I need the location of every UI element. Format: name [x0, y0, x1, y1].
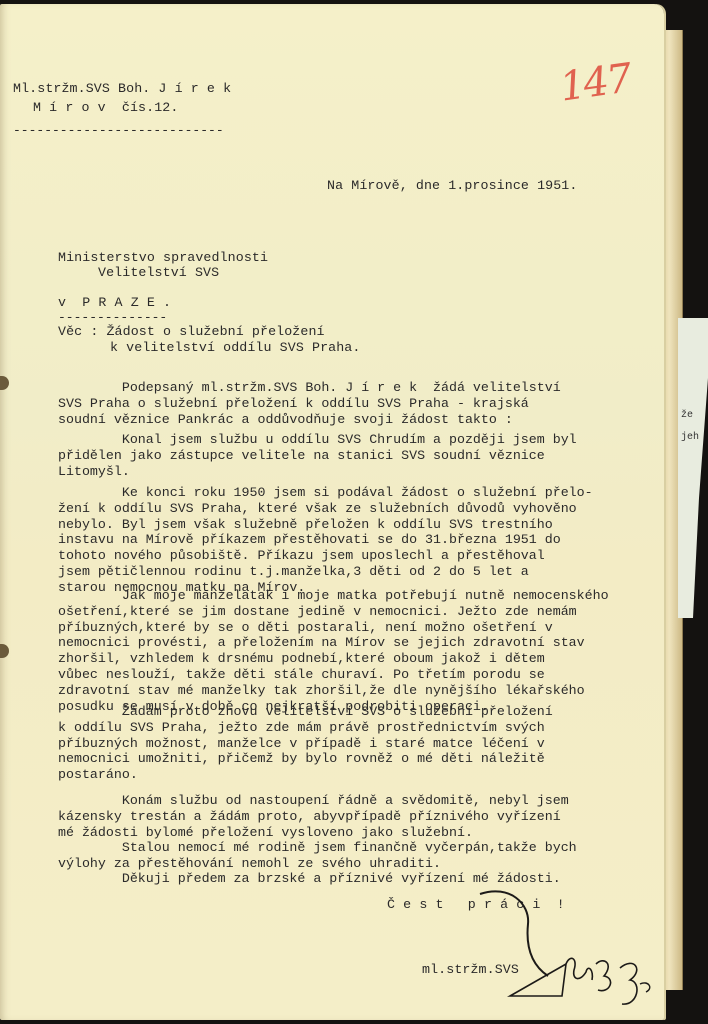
paragraph-request: Žádám proto znovu velitelství SVS o služ…: [58, 704, 658, 783]
letter-page: 147 Ml.stržm.SVS Boh. J í r e k M í r o …: [0, 4, 664, 1020]
punch-hole: [0, 644, 9, 658]
subject-line-1: Věc : Žádost o služební přeložení: [58, 324, 325, 340]
paragraph-conduct: Konám službu od nastoupení řádně a svědo…: [58, 793, 658, 840]
folio-number: 147: [557, 55, 633, 110]
recipient-ministry: Ministerstvo spravedlnosti: [58, 250, 268, 266]
punch-hole: [0, 376, 9, 390]
subject-line-2: k velitelství oddílu SVS Praha.: [110, 340, 360, 356]
sender-address: M í r o v čís.12.: [33, 100, 178, 116]
paragraph-transfer-history: Ke konci roku 1950 jsem si podával žádos…: [58, 485, 658, 596]
sender-rule: ---------------------------: [13, 123, 224, 138]
paragraph-intro: Podepsaný ml.stržm.SVS Boh. J í r e k žá…: [58, 380, 658, 427]
recipient-rule: --------------: [58, 310, 167, 325]
sender-name: Ml.stržm.SVS Boh. J í r e k: [13, 81, 231, 97]
place-date: Na Mírově, dne 1.prosince 1951.: [327, 178, 577, 194]
paragraph-family-health: Jak moje manželatak i moje matka potřebu…: [58, 588, 658, 714]
paragraph-service: Konal jsem službu u oddílu SVS Chrudím a…: [58, 432, 658, 479]
paragraph-finances: Stalou nemocí mé rodině jsem finančně vy…: [58, 840, 658, 872]
underlying-fragment: že: [681, 410, 693, 421]
underlying-fragment: jeh: [681, 432, 699, 443]
underlying-sheet: že jeh: [678, 318, 708, 618]
recipient-command: Velitelství SVS: [98, 265, 219, 281]
handwritten-signature: [470, 884, 670, 1024]
recipient-city: v P R A Z E .: [58, 295, 171, 311]
